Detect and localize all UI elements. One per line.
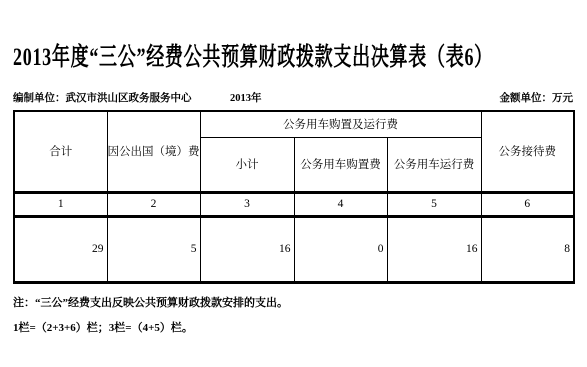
expense-table: 合计 因公出国（境）费 公务用车购置及运行费 公务接待费 小计 公务用车购置费 … <box>13 110 575 284</box>
column-number-cell: 4 <box>294 192 387 216</box>
value-cell-total: 29 <box>14 216 107 282</box>
data-row: 29 5 16 0 16 8 <box>14 216 574 282</box>
amount-unit-label: 金额单位：万元 <box>500 90 574 105</box>
column-number-cell: 6 <box>481 192 574 216</box>
document-page: 2013年度“三公”经费公共预算财政拨款支出决算表（表6） 编制单位：武汉市洪山… <box>0 0 587 367</box>
value-cell-vehicle-operation: 16 <box>387 216 481 282</box>
value-cell-reception: 8 <box>481 216 574 282</box>
meta-row: 编制单位：武汉市洪山区政务服务中心 2013年 金额单位：万元 <box>13 90 573 104</box>
header-row-group: 合计 因公出国（境）费 公务用车购置及运行费 公务接待费 <box>14 111 574 137</box>
header-vehicle-group: 公务用车购置及运行费 <box>200 111 481 137</box>
column-number-cell: 3 <box>200 192 294 216</box>
column-number-cell: 5 <box>387 192 481 216</box>
note-line-2: 1栏=（2+3+6）栏；3栏=（4+5）栏。 <box>13 316 288 341</box>
value-cell-vehicle-subtotal: 16 <box>200 216 294 282</box>
column-number-cell: 2 <box>107 192 200 216</box>
header-vehicle-subtotal: 小计 <box>200 137 294 192</box>
header-overseas-fee: 因公出国（境）费 <box>107 111 200 192</box>
prepared-by-label: 编制单位：武汉市洪山区政务服务中心 <box>13 90 192 105</box>
column-number-row: 1 2 3 4 5 6 <box>14 192 574 216</box>
value-cell-overseas: 5 <box>107 216 200 282</box>
note-line-1: 注：“三公”经费支出反映公共预算财政拨款安排的支出。 <box>13 291 288 316</box>
header-vehicle-purchase: 公务用车购置费 <box>294 137 387 192</box>
header-vehicle-operation: 公务用车运行费 <box>387 137 481 192</box>
page-title: 2013年度“三公”经费公共预算财政拨款支出决算表（表6） <box>13 37 493 73</box>
column-number-cell: 1 <box>14 192 107 216</box>
year-label: 2013年 <box>230 90 262 105</box>
value-cell-vehicle-purchase: 0 <box>294 216 387 282</box>
footnotes: 注：“三公”经费支出反映公共预算财政拨款安排的支出。 1栏=（2+3+6）栏；3… <box>13 291 288 341</box>
header-total: 合计 <box>14 111 107 192</box>
header-reception-fee: 公务接待费 <box>481 111 574 192</box>
